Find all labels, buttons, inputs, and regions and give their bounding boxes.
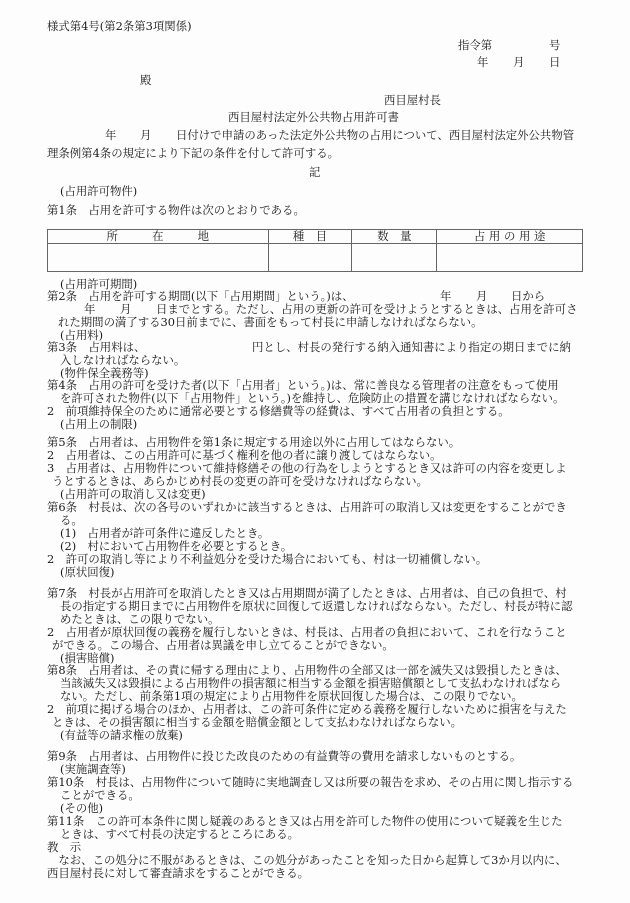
article3-line1-rest: 円とし、村長の発行する納入通知書により指定の期日までに納 [252,341,571,354]
article2-start-year: 年 [440,290,451,303]
article2-line2: 日までとする。ただし、占用の更新の許可を受けようとするときは、占用を許可さ [156,303,577,316]
article6-item2: (2) 村において占用物件を必要とするとき。 [60,540,292,553]
article7-para2-line1: 2 占用者が原状回復の義務を履行しないときは、村長は、占用者の負担において、これ… [47,626,567,639]
article5-line1: 第5条 占用者は、占用物件を第1条に規定する用途以外に占用してはならない。 [47,436,460,449]
cell-quantity[interactable] [352,244,437,272]
article4-line1: 第4条 占用の許可を受けた者(以下「占用者」という。)は、常に善良なる管理者の注… [47,379,559,392]
article11-line2: ときは、すべて村長の決定するところにある。 [60,828,299,841]
article8-line2: 当該滅失又は毀損による占用物件の損害額に相当する金額を損害賠償額として支払わなけ… [60,677,561,690]
intro-line1: 日付けで申請のあった法定外公共物の占用について、西目屋村法定外公共物管 [176,129,574,142]
article2-start-month: 月 [476,290,487,303]
directive-suffix: 号 [549,39,560,52]
article2-start-day: 日から [511,290,545,303]
form-label: 様式第4号(第2条第3項関係) [47,20,192,33]
article8-line1: 第8条 占用者は、その責に帰する理由により、占用物件の全部又は一部を滅失又は毀損… [47,664,567,677]
article5-heading: (占用上の制限) [60,418,137,431]
date-day: 日 [549,56,560,69]
article2-line3: れた期間の満了する30日前までに、書面をもって村長に申請しなければならない。 [58,316,483,329]
date-month: 月 [513,56,524,69]
article5-para2: 2 占用者は、この占用許可に基づく権利を他の者に譲り渡してはならない。 [47,449,442,462]
column-header-purpose: 占 用 の 用 途 [437,230,583,244]
article7-heading: (原状回復) [60,566,114,579]
article8-para2-line2: ときは、その損害額に相当する金額を賠償金額として支払わなければならない。 [52,716,462,729]
article7-line2: 長の指定する期日までに占用物件を原状に回復して返還しなければならない。ただし、村… [60,600,573,613]
intro-month: 月 [140,129,151,142]
notice-line1: なお、この処分に不服があるときは、この処分があったことを知った日から起算して3か… [47,854,567,867]
directive-prefix: 指令第 [458,39,492,52]
article5-para3-line1: 3 占用者は、占用物件について維持修繕その他の行為をしようとするとき又は許可の内… [47,462,567,475]
article11-heading: (その他) [60,802,103,815]
cell-type[interactable] [268,244,352,272]
ki-heading: 記 [309,166,320,179]
article7-line1: 第7条 村長が占用許可を取消したとき又は占用期間が満了したときは、占用者は、自己… [47,587,567,600]
intro-line2: 理条例第4条の規定により下記の条件を付して許可する。 [47,147,339,160]
article7-line3: めたときは、この限りでない。 [60,613,219,626]
article10-heading: (実施調査等) [60,763,126,776]
article5-para3-line2: うとするときは、あらかじめ村長の変更の許可を受けなければならない。 [52,475,428,488]
article10-line1: 第10条 村長は、占用物件について随時に実地調査し又は所要の報告を求め、その占用… [47,776,573,789]
date-year: 年 [477,56,488,69]
article2-line1: 第2条 占用を許可する期間(以下「占用期間」という。)は、 [47,290,354,303]
article11-line1: 第11条 この許可本条件に関し疑義のあるとき又は占用を許可した物件の使用について… [47,815,562,828]
article2-end-month: 月 [120,303,131,316]
article6-heading: (占用許可の取消し又は変更) [60,488,206,501]
article3-line1: 第3条 占用料は、 [47,341,145,354]
cell-location[interactable] [48,244,269,272]
cell-purpose[interactable] [437,244,583,272]
intro-year: 年 [105,129,116,142]
article6-para2: 2 許可の取消し等により不利益処分を受けた場合においても、村は一切補償しない。 [47,553,487,566]
article4-para2: 2 前項維持保全のために通常必要とする修繕費等の経費は、すべて占用者の負担とする… [47,405,510,418]
column-header-location: 所 在 地 [48,230,269,244]
article8-line3: ない。ただし、前条第1項の規定により占用物件を原状回復した場合は、この限りでない… [60,690,523,703]
notice-heading: 教 示 [47,841,81,854]
article9-line1: 第9条 占用者は、占用物件に投じた改良のための有益費等の費用を請求しないものとす… [47,750,521,763]
article6-line1: 第6条 村長は、次の各号のいずれかに該当するときは、占用許可の取消し又は変更をす… [47,501,567,514]
article8-para2-line1: 2 前項に掲げる場合のほか、占用者は、この許可条件に定める義務を履行しないために… [47,703,567,716]
table-header-row: 所 在 地 種 目 数 量 占 用 の 用 途 [48,230,583,244]
article2-end-year: 年 [84,303,95,316]
notice-line2: 西目屋村長に対して審査請求をすることができる。 [47,867,309,880]
article10-line2: ことができる。 [60,789,140,802]
article6-item1: (1) 占用者が許可条件に違反したとき。 [60,527,269,540]
article7-para2-line2: ができる。この場合、占用者は異議を申し立てることができない。 [52,639,394,652]
article3-line2: 入しなければならない。 [60,354,185,367]
document-title: 西目屋村法定外公共物占用許可書 [228,111,399,124]
article1-text: 第1条 占用を許可する物件は次のとおりである。 [47,204,305,217]
column-header-type: 種 目 [268,230,352,244]
article4-line2: を許可された物件(以下「占用物件」という。)を維持し、危険防止の措置を講じなけれ… [60,392,564,405]
table-row [48,244,583,272]
issuer-name: 西目屋村長 [384,94,441,107]
article1-heading: (占用許可物件) [60,185,137,198]
addressee-suffix: 殿 [140,74,151,87]
column-header-quantity: 数 量 [352,230,437,244]
permitted-property-table: 所 在 地 種 目 数 量 占 用 の 用 途 [47,229,583,272]
article6-line2: る。 [60,514,83,527]
article9-heading: (有益等の請求権の放棄) [60,729,183,742]
